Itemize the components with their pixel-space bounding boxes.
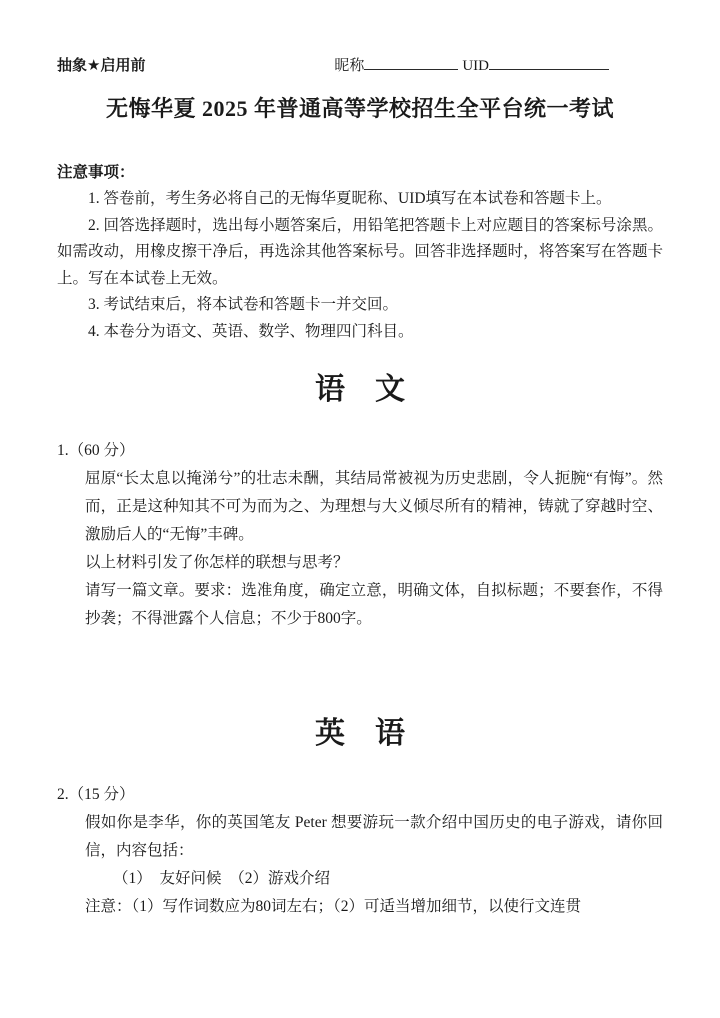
- question-1-requirements: 请写一篇文章。要求：选准角度，确定立意，明确文体，自拟标题；不要套作，不得抄袭；…: [85, 577, 663, 633]
- section-title-chinese: 语 文: [57, 373, 663, 407]
- nickname-label: 昵称: [334, 58, 364, 74]
- question-1-label: 1.（60 分）: [57, 437, 663, 465]
- question-2-note: 注意：（1）写作词数应为80词左右；（2）可适当增加细节，以使行文连贯: [85, 893, 663, 921]
- notice-heading: 注意事项：: [57, 160, 663, 186]
- section-chinese: 语 文 1.（60 分） 屈原“长太息以掩涕兮”的壮志未酬，其结局常被视为历史悲…: [57, 373, 663, 633]
- notice-item-3: 3. 考试结束后，将本试卷和答题卡一并交回。: [57, 292, 663, 319]
- notice-item-4: 4. 本卷分为语文、英语、数学、物理四门科目。: [57, 319, 663, 346]
- notice-section: 注意事项： 1. 答卷前，考生务必将自己的无悔华夏昵称、UID填写在本试卷和答题…: [57, 160, 663, 345]
- candidate-info: 昵称UID: [334, 56, 609, 76]
- section-title-english: 英 语: [57, 717, 663, 751]
- paper-header: 抽象★启用前 昵称UID: [57, 56, 663, 76]
- question-1-prompt: 以上材料引发了你怎样的联想与思考？: [85, 549, 663, 577]
- notice-item-1: 1. 答卷前，考生务必将自己的无悔华夏昵称、UID填写在本试卷和答题卡上。: [57, 186, 663, 213]
- question-1-body: 屈原“长太息以掩涕兮”的壮志未酬，其结局常被视为历史悲剧，令人扼腕“有悔”。然而…: [85, 465, 663, 633]
- exam-paper: 抽象★启用前 昵称UID 无悔华夏 2025 年普通高等学校招生全平台统一考试 …: [0, 0, 720, 1018]
- question-2-body: 假如你是李华，你的英国笔友 Peter 想要游玩一款介绍中国历史的电子游戏，请你…: [85, 809, 663, 921]
- notice-item-2: 2. 回答选择题时，选出每小题答案后，用铅笔把答题卡上对应题目的答案标号涂黑。如…: [57, 213, 663, 293]
- uid-label: UID: [462, 58, 489, 74]
- question-2-label: 2.（15 分）: [57, 781, 663, 809]
- question-2-points: （1） 友好问候 （2）游戏介绍: [85, 865, 663, 893]
- nickname-blank-line: [364, 57, 458, 70]
- section-english: 英 语 2.（15 分） 假如你是李华，你的英国笔友 Peter 想要游玩一款介…: [57, 717, 663, 921]
- question-1-material: 屈原“长太息以掩涕兮”的壮志未酬，其结局常被视为历史悲剧，令人扼腕“有悔”。然而…: [85, 465, 663, 549]
- uid-blank-line: [489, 57, 609, 70]
- exam-title: 无悔华夏 2025 年普通高等学校招生全平台统一考试: [57, 94, 663, 124]
- question-2-scenario: 假如你是李华，你的英国笔友 Peter 想要游玩一款介绍中国历史的电子游戏，请你…: [85, 809, 663, 865]
- exam-status-label: 抽象★启用前: [57, 56, 145, 76]
